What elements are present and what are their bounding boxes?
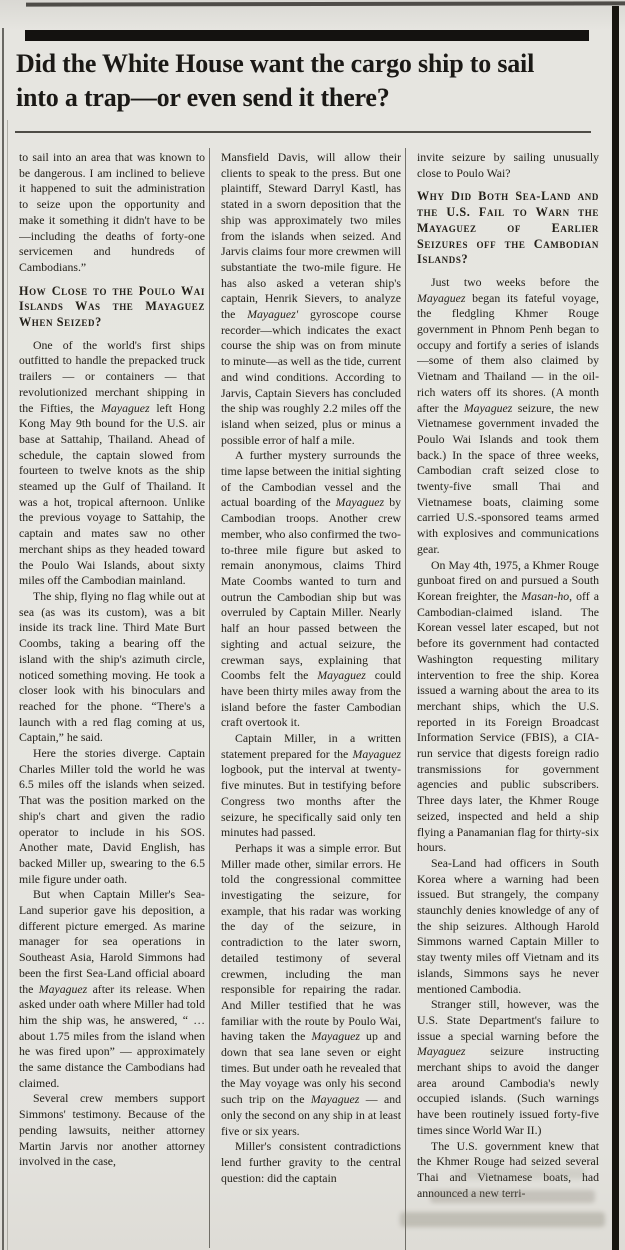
body-paragraph: Mansfield Davis, will allow their client… <box>221 150 401 448</box>
magazine-page-scan: Did the White House want the cargo ship … <box>0 0 625 1250</box>
body-paragraph: A further mystery surrounds the time lap… <box>221 448 401 731</box>
body-paragraph: But when Captain Miller's Sea-Land super… <box>19 887 205 1091</box>
bleedthrough-artifact <box>455 1168 585 1179</box>
body-paragraph: Miller's consistent contradictions lend … <box>221 1139 401 1186</box>
body-paragraph: Perhaps it was a simple error. But Mille… <box>221 841 401 1139</box>
article-headline: Did the White House want the cargo ship … <box>16 47 606 115</box>
page-left-edge <box>2 28 4 1250</box>
article-column-1: to sail into an area that was known to b… <box>19 150 205 1244</box>
body-paragraph: to sail into an area that was known to b… <box>19 150 205 276</box>
article-column-3: invite seizure by sailing unusually clos… <box>417 150 599 1244</box>
article-column-2: Mansfield Davis, will allow their client… <box>221 150 401 1244</box>
question-subhead: Why Did Both Sea-Land and the U.S. Fail … <box>417 189 599 268</box>
column-divider-1 <box>209 148 210 1248</box>
body-paragraph: Several crew members support Simmons' te… <box>19 1091 205 1170</box>
bleedthrough-artifact <box>430 1190 595 1203</box>
body-paragraph: On May 4th, 1975, a Khmer Rouge gunboat … <box>417 558 599 856</box>
body-paragraph: One of the world's first ships outfitted… <box>19 338 205 589</box>
question-subhead: How Close to the Poulo Wai Islands Was t… <box>19 284 205 331</box>
body-paragraph: Sea-Land had officers in South Korea whe… <box>417 856 599 997</box>
headline-top-rule <box>25 30 589 41</box>
headline-bottom-rule <box>15 131 591 133</box>
body-paragraph: The ship, flying no flag while out at se… <box>19 589 205 746</box>
bleedthrough-artifact <box>400 1212 605 1227</box>
scan-top-edge-artifact <box>26 1 625 6</box>
body-paragraph: Just two weeks before the Mayaguez began… <box>417 275 599 558</box>
body-paragraph: invite seizure by sailing unusually clos… <box>417 150 599 181</box>
page-left-edge-faint <box>7 120 8 1250</box>
body-paragraph: Captain Miller, in a written statement p… <box>221 731 401 841</box>
page-right-edge <box>612 6 619 1250</box>
body-paragraph: Stranger still, however, was the U.S. St… <box>417 997 599 1138</box>
body-paragraph: Here the stories diverge. Captain Charle… <box>19 746 205 887</box>
column-divider-2 <box>405 148 406 1250</box>
